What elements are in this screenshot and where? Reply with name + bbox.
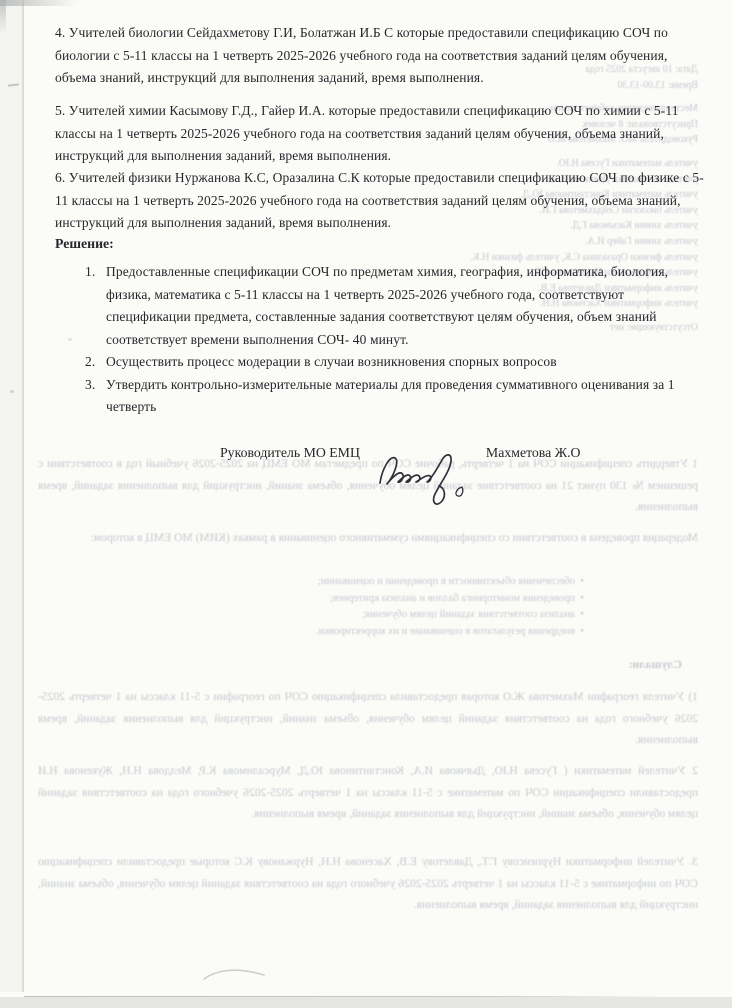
signature-name: Махметова Ж.О [486, 445, 581, 461]
decision-item-text: Предоставленные спецификации СОЧ по пред… [106, 261, 705, 351]
bleedthrough-item-2: 2 Учителей математики ( Гусева Н.Ю, Дьяч… [38, 760, 698, 825]
bleed-bullet: обеспечения объективности в проведении и… [284, 574, 584, 591]
decision-section: Решение: 1. Предоставленные спецификации… [55, 236, 705, 485]
bleed-bullet: анализа соответствия заданий целям обуче… [284, 607, 584, 624]
decision-list: 1. Предоставленные спецификации СОЧ по п… [85, 261, 705, 419]
decision-item-number: 2. [85, 351, 106, 374]
decision-heading: Решение: [55, 236, 705, 252]
decision-item-number: 3. [85, 374, 106, 419]
bleedthrough-moderation: Модерация проведена в соответствии со сп… [38, 527, 698, 549]
bleedthrough-item-3: 3. Учителей информатики Нурпеисову Г.Т.,… [38, 851, 698, 916]
decision-item: 1. Предоставленные спецификации СОЧ по п… [85, 261, 705, 351]
decision-item-text: Осуществить процесс модерации в случаи в… [106, 351, 705, 374]
bleedthrough-heard-heading: Слушали: [629, 658, 682, 671]
handwritten-signature [374, 445, 478, 519]
paragraph-item-6: 6. Учителей физики Нуржанова К.С, Оразал… [55, 167, 705, 235]
signature-role-label: Руководитель МО ЕМЦ [220, 445, 360, 461]
decision-item: 2. Осуществить процесс модерации в случа… [85, 351, 705, 374]
signature-row: Руководитель МО ЕМЦ Махметова Ж.О [220, 445, 705, 485]
bleed-bullet: внедрения результатов в оценивание и их … [284, 624, 584, 641]
bleed-bullet: проведения мониторинга баллов и анализа … [284, 591, 584, 608]
bleedthrough-item-1: 1) Учителя географии Махметова Ж.О котор… [38, 686, 698, 751]
scanned-document-page: Дата: 10 августа 2025 года Время: 13.00-… [0, 0, 732, 1008]
decision-item: 3. Утвердить контрольно-измерительные ма… [85, 374, 705, 419]
paragraph-item-4: 4. Учителей биологии Сейдахметову Г.И, Б… [55, 22, 705, 90]
decision-item-text: Утвердить контрольно-измерительные матер… [106, 374, 705, 419]
decision-item-number: 1. [85, 261, 106, 351]
bleedthrough-bullet-list: обеспечения объективности в проведении и… [284, 574, 584, 640]
paragraph-item-5: 5. Учителей химии Касымову Г.Д., Гайер И… [55, 100, 705, 168]
